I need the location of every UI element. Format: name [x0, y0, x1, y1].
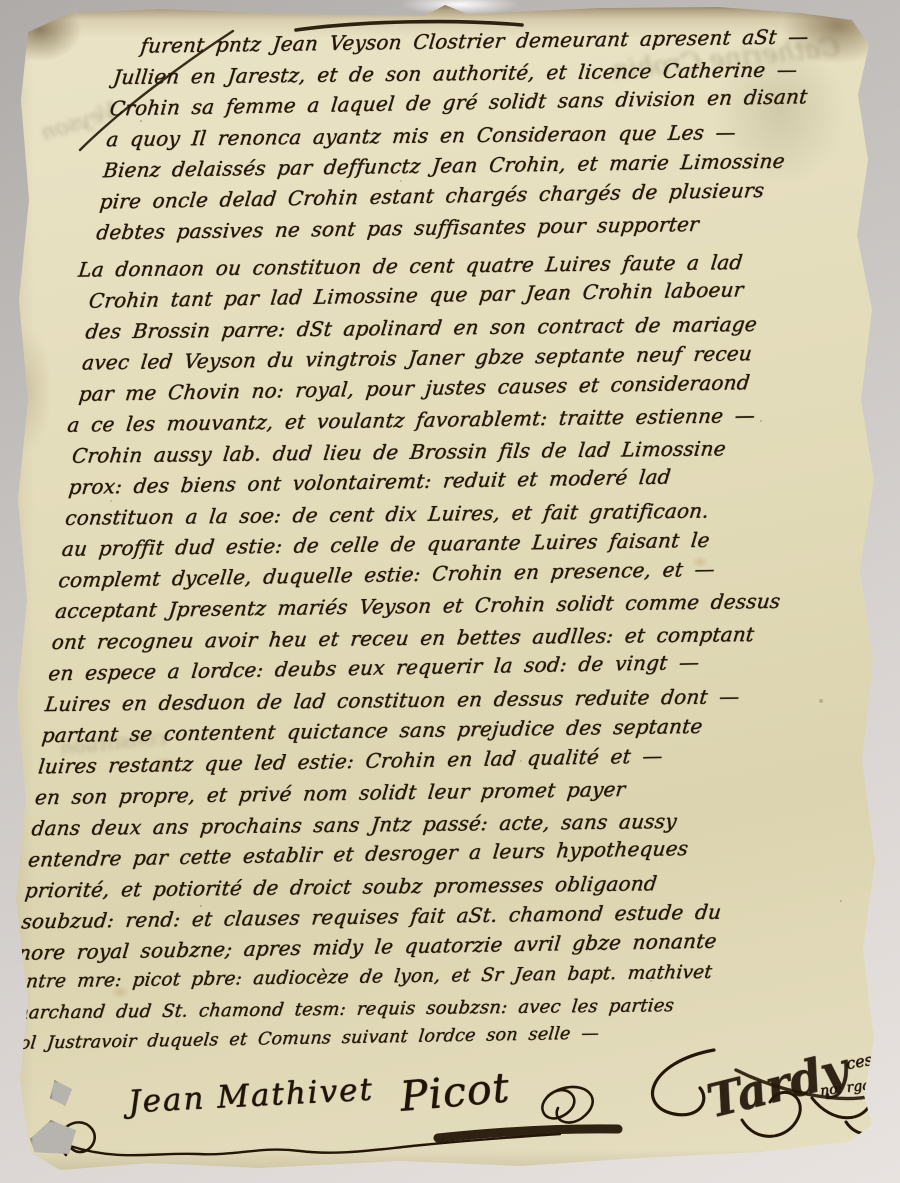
bottom-paraph-wave [70, 1134, 560, 1155]
bottom-paraph-smear [438, 1129, 618, 1138]
manuscript-paper: Catherine Crohin Veyson constituon furen… [0, 0, 900, 1183]
scanned-manuscript-page: { "document": { "kind": "17th-century Fr… [0, 0, 900, 1183]
signature-jean-mathivet: Jean Mathivet [127, 1072, 375, 1121]
manuscript-text-block: furent pntz Jean Veyson Clostrier demeur… [6, 24, 863, 1065]
picot-loop-flourish [542, 1087, 592, 1123]
signature-picot: Picot [398, 1063, 512, 1120]
paper-speckles [0, 0, 2, 2]
marginal-mark: ces [845, 1050, 875, 1073]
